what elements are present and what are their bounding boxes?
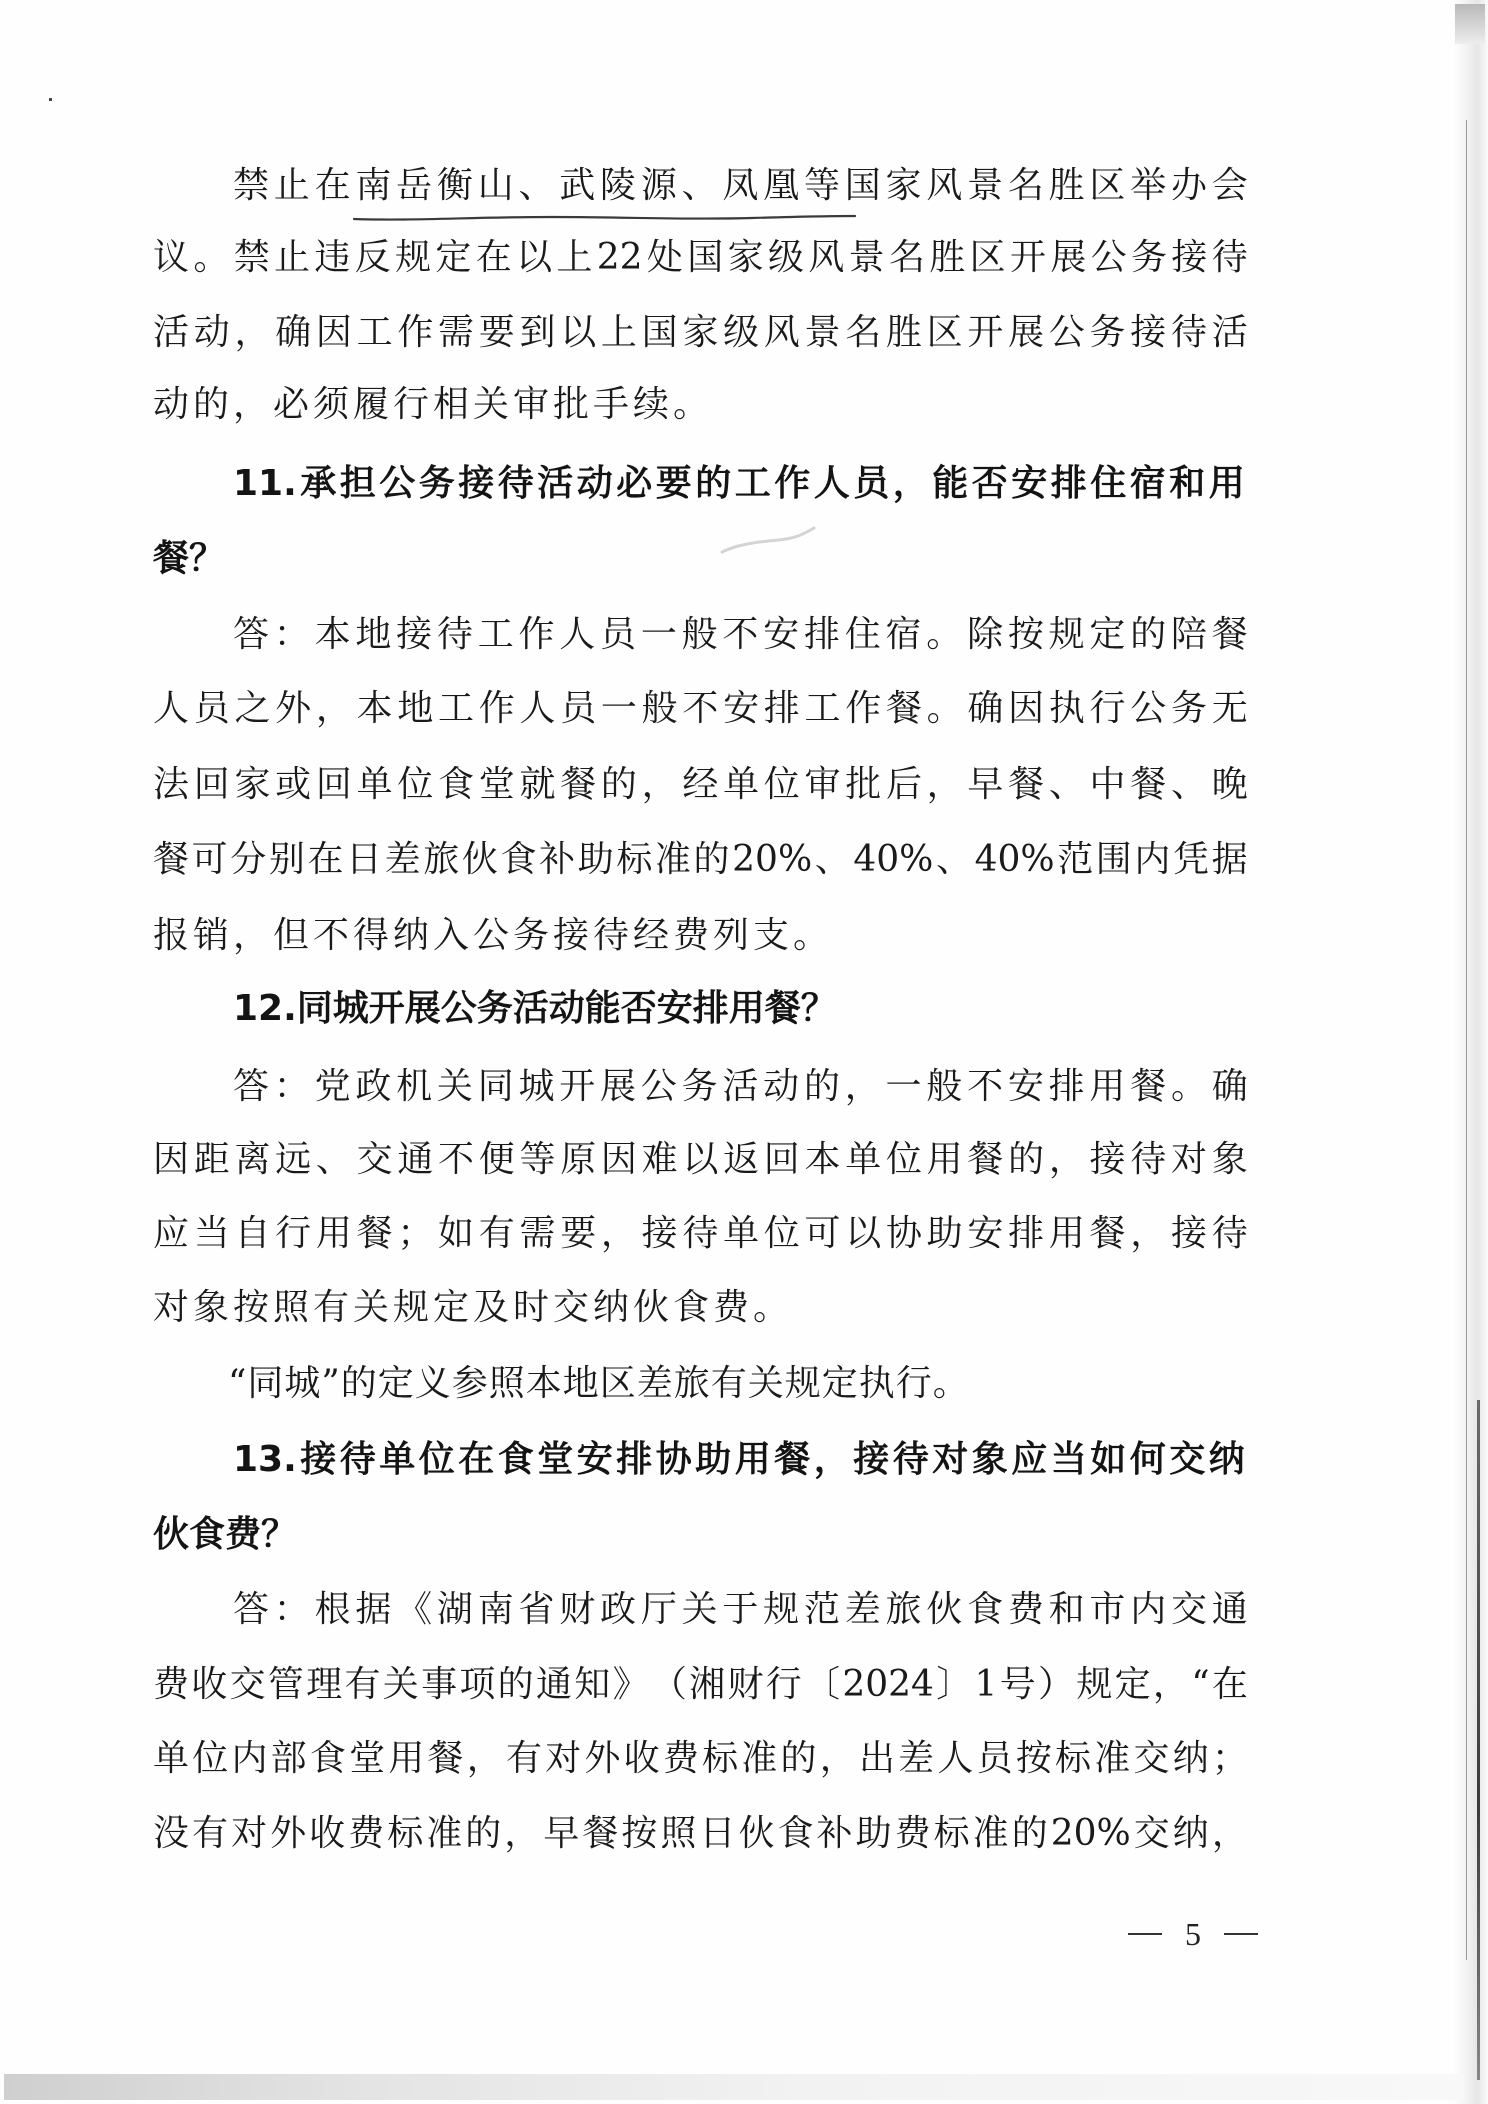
scan-edge-right (1452, 0, 1488, 2104)
body-line: 餐可分别在日差旅伙食补助标准的20%、40%、40%范围内凭据 (153, 838, 1248, 882)
page-number: 5 (1128, 1914, 1258, 1954)
body-line: 应当自行用餐；如有需要，接待单位可以协助安排用餐，接待 (153, 1212, 1248, 1256)
scan-band-bottom (4, 2074, 1464, 2100)
body-line: 答：根据《湖南省财政厅关于规范差旅伙食费和市内交通 (233, 1588, 1248, 1632)
scan-corner (1455, 4, 1485, 44)
question-heading: 11.承担公务接待活动必要的工作人员，能否安排住宿和用 (233, 462, 1245, 506)
question-heading: 13.接待单位在食堂安排协助用餐，接待对象应当如何交纳 (233, 1438, 1245, 1482)
question-heading: 餐？ (153, 537, 225, 581)
page-number-value: 5 (1185, 1916, 1201, 1953)
question-heading: 12.同城开展公务活动能否安排用餐？ (233, 987, 837, 1031)
body-line: 因距离远、交通不便等原因难以返回本单位用餐的，接待对象 (153, 1138, 1248, 1182)
scan-line-right (1466, 120, 1467, 1960)
body-line: 报销，但不得纳入公务接待经费列支。 (153, 914, 833, 958)
body-line: 动的，必须履行相关审批手续。 (153, 383, 713, 427)
body-line: 答：本地接待工作人员一般不安排住宿。除按规定的陪餐 (233, 613, 1248, 657)
body-line: 活动，确因工作需要到以上国家级风景名胜区开展公务接待活 (153, 311, 1248, 355)
body-line: 费收交管理有关事项的通知》（湘财行〔2024〕1号）规定，“在 (153, 1663, 1248, 1707)
handwritten-underline (352, 214, 857, 222)
page-number-dash-right (1224, 1933, 1258, 1935)
body-line: “同城”的定义参照本地区差旅有关规定执行。 (228, 1362, 970, 1406)
body-line: 答：党政机关同城开展公务活动的，一般不安排用餐。确 (233, 1065, 1248, 1109)
pencil-mark (718, 526, 818, 556)
scan-speck (49, 98, 52, 101)
body-line: 对象按照有关规定及时交纳伙食费。 (153, 1286, 793, 1330)
body-line: 禁止在南岳衡山、武陵源、凤凰等国家风景名胜区举办会 (233, 164, 1248, 208)
body-line: 单位内部食堂用餐，有对外收费标准的，出差人员按标准交纳； (153, 1737, 1248, 1781)
document-page: 禁止在南岳衡山、武陵源、凤凰等国家风景名胜区举办会 议。禁止违反规定在以上22处… (0, 0, 1488, 2104)
body-line: 人员之外，本地工作人员一般不安排工作餐。确因执行公务无 (153, 687, 1248, 731)
body-line: 没有对外收费标准的，早餐按照日伙食补助费标准的20%交纳， (153, 1812, 1248, 1856)
page-number-dash-left (1128, 1933, 1162, 1935)
question-heading: 伙食费？ (153, 1513, 297, 1557)
body-line: 法回家或回单位食堂就餐的，经单位审批后，早餐、中餐、晚 (153, 763, 1248, 807)
body-line: 议。禁止违反规定在以上22处国家级风景名胜区开展公务接待 (153, 236, 1248, 280)
scan-line-right-dark (1477, 1400, 1480, 2080)
